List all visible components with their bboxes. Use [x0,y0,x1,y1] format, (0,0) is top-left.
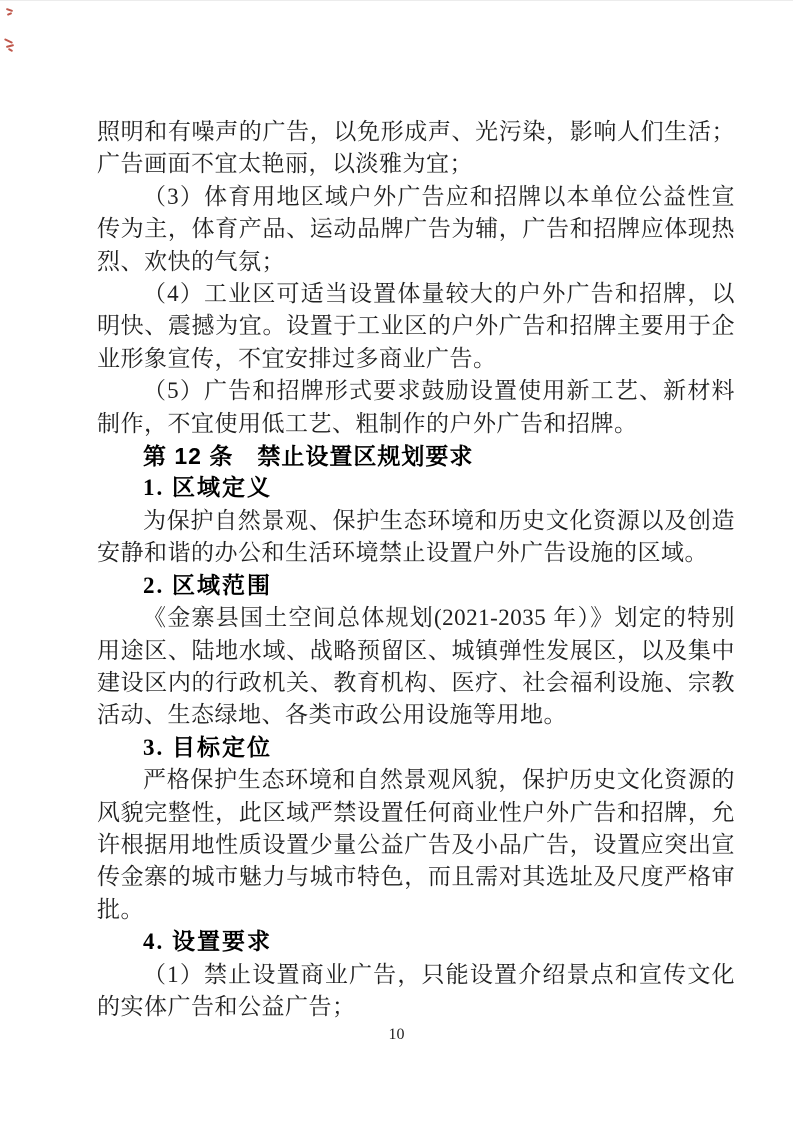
paragraph-continuation: 照明和有噪声的广告，以免形成声、光污染，影响人们生活；广告画面不宜太艳丽，以淡雅… [97,116,735,181]
paragraph-item-4: （4）工业区可适当设置体量较大的户外广告和招牌，以明快、震撼为宜。设置于工业区的… [97,278,735,375]
section-body-3: 严格保护生态环境和自然景观风貌，保护历史文化资源的风貌完整性，此区域严禁设置任何… [97,764,735,926]
article-heading: 第 12 条 禁止设置区规划要求 [97,440,735,472]
section-title-2: 2. 区域范围 [97,570,735,602]
section-body-2: 《金寨县国土空间总体规划(2021-2035 年）》划定的特别用途区、陆地水域、… [97,602,735,732]
red-scan-mark [4,38,15,53]
red-scan-mark [5,8,14,19]
section-title-4: 4. 设置要求 [97,926,735,958]
page-number: 10 [0,1026,793,1044]
section-title-1: 1. 区域定义 [97,472,735,504]
section-title-3: 3. 目标定位 [97,732,735,764]
paragraph-item-5: （5）广告和招牌形式要求鼓励设置使用新工艺、新材料制作，不宜使用低工艺、粗制作的… [97,375,735,440]
section-body-4: （1）禁止设置商业广告，只能设置介绍景点和宣传文化的实体广告和公益广告； [97,959,735,1024]
document-page: 照明和有噪声的广告，以免形成声、光污染，影响人们生活；广告画面不宜太艳丽，以淡雅… [0,0,793,1122]
page-content: 照明和有噪声的广告，以免形成声、光污染，影响人们生活；广告画面不宜太艳丽，以淡雅… [97,116,735,1023]
section-body-1: 为保护自然景观、保护生态环境和历史文化资源以及创造安静和谐的办公和生活环境禁止设… [97,505,735,570]
paragraph-item-3: （3）体育用地区域户外广告应和招牌以本单位公益性宣传为主，体育产品、运动品牌广告… [97,181,735,278]
